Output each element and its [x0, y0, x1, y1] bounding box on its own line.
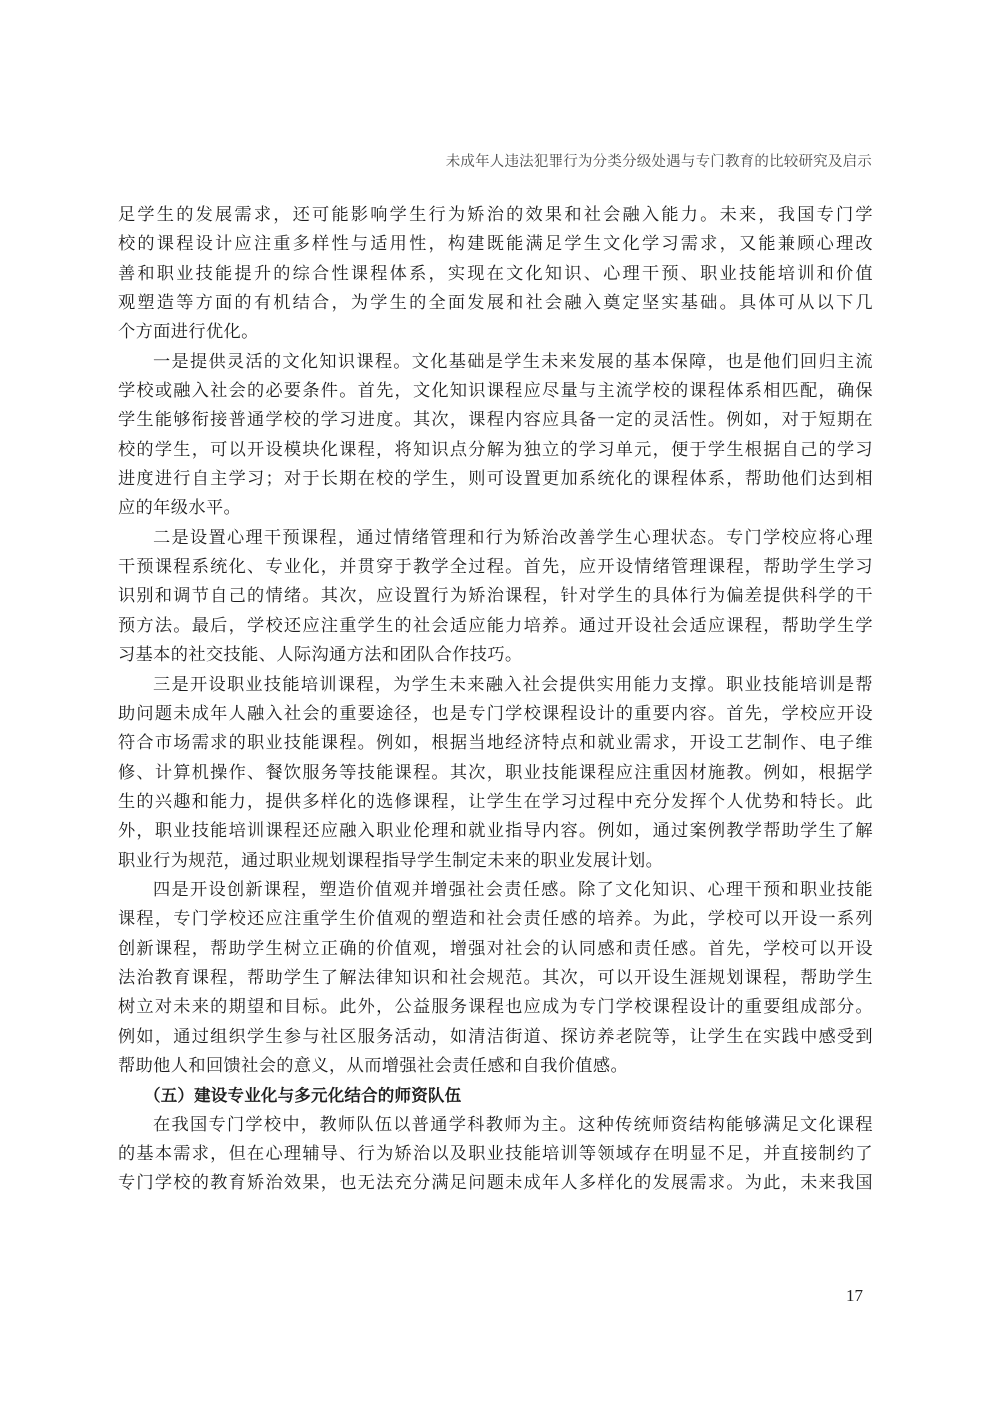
text-line: 识别和调节自己的情绪。其次，应设置行为矫治课程，针对学生的具体行为偏差提供科学的… [118, 582, 873, 611]
text-line: 三是开设职业技能培训课程，为学生未来融入社会提供实用能力支撑。职业技能培训是帮 [118, 671, 873, 700]
text-line: 助问题未成年人融入社会的重要途径，也是专门学校课程设计的重要内容。首先，学校应开… [118, 700, 873, 729]
text-line: 课程，专门学校还应注重学生价值观的塑造和社会责任感的培养。为此，学校可以开设一系… [118, 905, 873, 934]
text-line: 法治教育课程，帮助学生了解法律知识和社会规范。其次，可以开设生涯规划课程，帮助学… [118, 964, 873, 993]
text-line: 校的学生，可以开设模块化课程，将知识点分解为独立的学习单元，便于学生根据自己的学… [118, 436, 873, 465]
text-line: 预方法。最后，学校还应注重学生的社会适应能力培养。通过开设社会适应课程，帮助学生… [118, 612, 873, 641]
text-line: 应的年级水平。 [118, 494, 873, 523]
section-heading: （五）建设专业化与多元化结合的师资队伍 [118, 1081, 873, 1110]
text-line: 学校或融入社会的必要条件。首先，文化知识课程应尽量与主流学校的课程体系相匹配，确… [118, 377, 873, 406]
text-line: 职业行为规范，通过职业规划课程指导学生制定未来的职业发展计划。 [118, 847, 873, 876]
text-line: 校的课程设计应注重多样性与适用性，构建既能满足学生文化学习需求，又能兼顾心理改 [118, 230, 873, 259]
text-line: 足学生的发展需求，还可能影响学生行为矫治的效果和社会融入能力。未来，我国专门学 [118, 201, 873, 230]
paragraph-continuation: 足学生的发展需求，还可能影响学生行为矫治的效果和社会融入能力。未来，我国专门学 … [118, 201, 873, 348]
paragraph-vocational-courses: 三是开设职业技能培训课程，为学生未来融入社会提供实用能力支撑。职业技能培训是帮 … [118, 671, 873, 876]
text-line: 一是提供灵活的文化知识课程。文化基础是学生未来发展的基本保障，也是他们回归主流 [118, 348, 873, 377]
paragraph-teaching-staff: 在我国专门学校中，教师队伍以普通学科教师为主。这种传统师资结构能够满足文化课程 … [118, 1111, 873, 1199]
text-line: 善和职业技能提升的综合性课程体系，实现在文化知识、心理干预、职业技能培训和价值 [118, 260, 873, 289]
text-line: 创新课程，帮助学生树立正确的价值观，增强对社会的认同感和责任感。首先，学校可以开… [118, 935, 873, 964]
text-line: 二是设置心理干预课程，通过情绪管理和行为矫治改善学生心理状态。专门学校应将心理 [118, 524, 873, 553]
running-header: 未成年人违法犯罪行为分类分级处遇与专门教育的比较研究及启示 [446, 150, 872, 171]
text-line: 习基本的社交技能、人际沟通方法和团队合作技巧。 [118, 641, 873, 670]
paragraph-culture-courses: 一是提供灵活的文化知识课程。文化基础是学生未来发展的基本保障，也是他们回归主流 … [118, 348, 873, 524]
text-line: 例如，通过组织学生参与社区服务活动，如清洁街道、探访养老院等，让学生在实践中感受… [118, 1023, 873, 1052]
text-line: 符合市场需求的职业技能课程。例如，根据当地经济特点和就业需求，开设工艺制作、电子… [118, 729, 873, 758]
text-line: 观塑造等方面的有机结合，为学生的全面发展和社会融入奠定坚实基础。具体可从以下几 [118, 289, 873, 318]
text-line: 专门学校的教育矫治效果，也无法充分满足问题未成年人多样化的发展需求。为此，未来我… [118, 1169, 873, 1198]
page-number: 17 [846, 1286, 863, 1306]
body-text: 足学生的发展需求，还可能影响学生行为矫治的效果和社会融入能力。未来，我国专门学 … [118, 201, 873, 1199]
text-line: 进度进行自主学习；对于长期在校的学生，则可设置更加系统化的课程体系，帮助他们达到… [118, 465, 873, 494]
text-line: 帮助他人和回馈社会的意义，从而增强社会责任感和自我价值感。 [118, 1052, 873, 1081]
text-line: 修、计算机操作、餐饮服务等技能课程。其次，职业技能课程应注重因材施教。例如，根据… [118, 759, 873, 788]
text-line: 树立对未来的期望和目标。此外，公益服务课程也应成为专门学校课程设计的重要组成部分… [118, 993, 873, 1022]
paragraph-innovation-courses: 四是开设创新课程，塑造价值观并增强社会责任感。除了文化知识、心理干预和职业技能 … [118, 876, 873, 1081]
text-line: 学生能够衔接普通学校的学习进度。其次，课程内容应具备一定的灵活性。例如，对于短期… [118, 406, 873, 435]
text-line: 的基本需求，但在心理辅导、行为矫治以及职业技能培训等领域存在明显不足，并直接制约… [118, 1140, 873, 1169]
text-line: 在我国专门学校中，教师队伍以普通学科教师为主。这种传统师资结构能够满足文化课程 [118, 1111, 873, 1140]
text-line: 四是开设创新课程，塑造价值观并增强社会责任感。除了文化知识、心理干预和职业技能 [118, 876, 873, 905]
paragraph-psych-courses: 二是设置心理干预课程，通过情绪管理和行为矫治改善学生心理状态。专门学校应将心理 … [118, 524, 873, 671]
text-line: 干预课程系统化、专业化，并贯穿于教学全过程。首先，应开设情绪管理课程，帮助学生学… [118, 553, 873, 582]
text-line: 个方面进行优化。 [118, 318, 873, 347]
text-line: 生的兴趣和能力，提供多样化的选修课程，让学生在学习过程中充分发挥个人优势和特长。… [118, 788, 873, 817]
text-line: 外，职业技能培训课程还应融入职业伦理和就业指导内容。例如，通过案例教学帮助学生了… [118, 817, 873, 846]
